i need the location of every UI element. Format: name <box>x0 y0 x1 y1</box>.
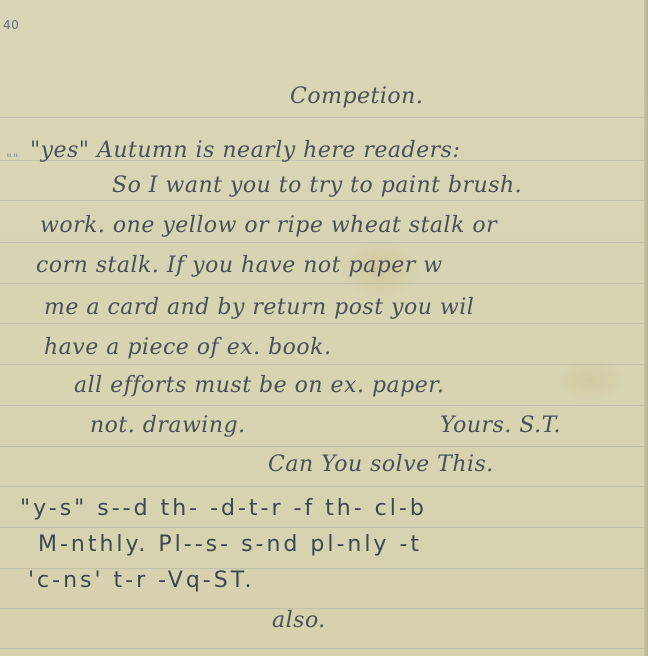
ruled-line <box>0 446 648 447</box>
text-line: me a card and by return post you wil <box>44 295 474 320</box>
ruled-line <box>0 405 648 406</box>
puzzle-line: 'c-ns' t-r -Vq-ST. <box>28 568 255 593</box>
notebook-page: 40 "" Competion. "yes" Autumn is nearly … <box>0 0 648 656</box>
closing-text: also. <box>272 608 326 633</box>
ruled-line <box>0 283 648 284</box>
ruled-line <box>0 486 648 487</box>
text-line: all efforts must be on ex. paper. <box>74 373 444 398</box>
text-line: corn stalk. If you have not paper w <box>36 253 443 278</box>
ruled-line <box>0 527 648 528</box>
text-line: "yes" Autumn is nearly here readers: <box>30 138 460 163</box>
page-number: 40 <box>3 18 19 32</box>
text-line: work. one yellow or ripe wheat stalk or <box>40 213 497 238</box>
signature: Yours. S.T. <box>440 413 561 438</box>
ruled-line <box>0 117 648 118</box>
text-line: not. drawing. <box>90 413 246 438</box>
ruled-line <box>0 364 648 365</box>
ruled-line <box>0 648 648 649</box>
ruled-line <box>0 200 648 201</box>
puzzle-line: M-nthly. Pl--s- s-nd pl-nly -t <box>38 532 422 557</box>
ruled-line <box>0 242 648 243</box>
page-edge <box>644 0 648 656</box>
text-line: So I want you to try to paint brush. <box>112 173 522 198</box>
margin-mark: "" <box>6 152 19 167</box>
puzzle-heading: Can You solve This. <box>268 452 494 477</box>
puzzle-line: "y-s" s--d th- -d-t-r -f th- cl-b <box>20 496 427 521</box>
text-line: have a piece of ex. book. <box>44 335 332 360</box>
page-title: Competion. <box>290 84 423 109</box>
ruled-line <box>0 323 648 324</box>
